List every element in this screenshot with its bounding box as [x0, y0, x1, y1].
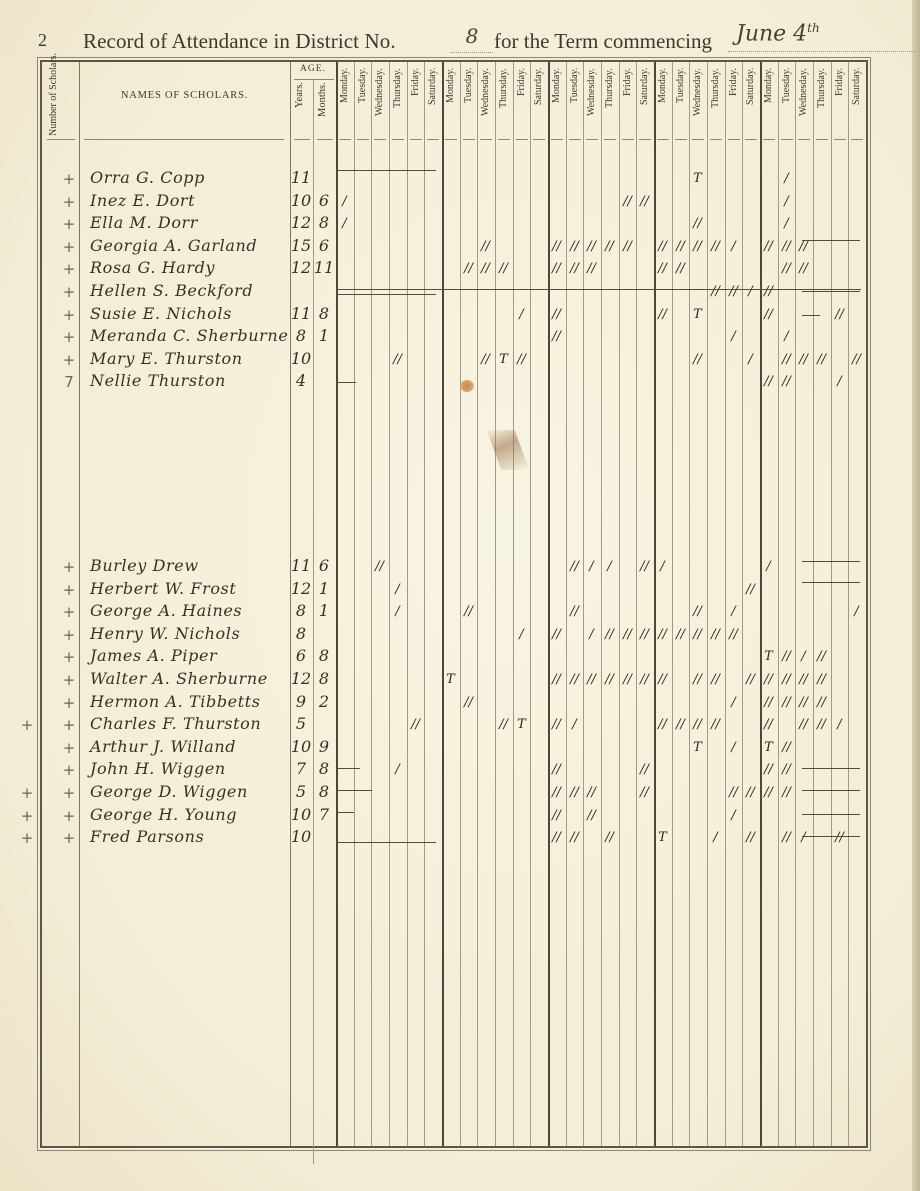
hand-drawn-line: [802, 768, 860, 769]
age-years: 8: [290, 624, 312, 643]
age-months: 9: [313, 737, 335, 756]
absence-mark[interactable]: //: [566, 559, 583, 575]
absence-mark[interactable]: /: [725, 239, 742, 255]
absence-mark[interactable]: //: [601, 672, 618, 688]
age-months: 6: [313, 556, 335, 575]
absence-mark[interactable]: //: [760, 785, 777, 801]
absence-mark[interactable]: //: [619, 194, 636, 210]
absence-mark[interactable]: //: [689, 627, 706, 643]
absence-mark[interactable]: //: [636, 194, 653, 210]
tally-mark: +: [60, 238, 78, 256]
absence-mark[interactable]: /: [336, 216, 353, 232]
absence-mark[interactable]: /: [848, 604, 865, 620]
absence-mark[interactable]: //: [495, 717, 512, 733]
hand-drawn-line: [336, 790, 372, 791]
table-row: +John H. Wiggen78: [42, 759, 866, 781]
tardy-mark[interactable]: T: [442, 672, 459, 688]
absence-mark[interactable]: //: [795, 261, 812, 277]
scholar-name[interactable]: Hermon A. Tibbetts: [90, 692, 295, 711]
header-tick: [763, 139, 775, 140]
age-months: 1: [313, 326, 335, 345]
term-start-field[interactable]: June 4th: [728, 21, 916, 52]
age-years: 12: [290, 258, 312, 277]
day-header-saturday: Saturday.: [742, 68, 759, 136]
absence-mark[interactable]: //: [813, 649, 830, 665]
age-years: 10: [290, 349, 312, 368]
hand-drawn-line: [802, 790, 860, 791]
day-header-friday: Friday.: [407, 68, 424, 136]
absence-mark[interactable]: //: [477, 352, 494, 368]
scholar-name[interactable]: Hellen S. Beckford: [90, 281, 295, 300]
header-tick: [357, 139, 369, 140]
absence-mark[interactable]: //: [566, 785, 583, 801]
absence-mark[interactable]: //: [548, 239, 565, 255]
header-tick: [816, 139, 828, 140]
absence-mark[interactable]: //: [760, 717, 777, 733]
hand-drawn-line: [802, 836, 860, 837]
day-header-saturday: Saturday.: [636, 68, 653, 136]
age-months: 11: [313, 258, 335, 277]
absence-mark[interactable]: //: [742, 830, 759, 846]
table-row: 7Nellie Thurston4: [42, 371, 866, 393]
header-tick: [710, 139, 722, 140]
absence-mark[interactable]: //: [742, 672, 759, 688]
absence-mark[interactable]: /: [760, 559, 777, 575]
header-tick: [533, 139, 545, 140]
absence-mark[interactable]: //: [601, 239, 618, 255]
absence-mark[interactable]: //: [831, 830, 848, 846]
absence-mark[interactable]: //: [636, 672, 653, 688]
absence-mark[interactable]: //: [778, 374, 795, 390]
scholar-name[interactable]: Inez E. Dort: [90, 191, 295, 210]
absence-mark[interactable]: //: [813, 695, 830, 711]
header-tick: [798, 139, 810, 140]
age-months: 8: [313, 304, 335, 323]
absence-mark[interactable]: //: [601, 627, 618, 643]
absence-mark[interactable]: //: [566, 239, 583, 255]
tardy-mark[interactable]: T: [495, 352, 512, 368]
absence-mark[interactable]: //: [654, 307, 671, 323]
header-names-of-scholars: NAMES OF SCHOLARS.: [79, 90, 290, 101]
age-years: 15: [290, 236, 312, 255]
day-header-thursday: Thursday.: [601, 68, 618, 136]
absence-mark[interactable]: //: [742, 785, 759, 801]
absence-mark[interactable]: //: [778, 261, 795, 277]
age-years: 8: [290, 326, 312, 345]
absence-mark[interactable]: //: [566, 604, 583, 620]
tardy-mark[interactable]: T: [654, 830, 671, 846]
tally-mark: +: [60, 761, 78, 779]
tardy-mark[interactable]: T: [689, 171, 706, 187]
ink-stain: [460, 380, 474, 392]
day-header-wednesday: Wednesday.: [583, 68, 600, 136]
page-number: 2: [38, 30, 47, 51]
tardy-mark[interactable]: T: [760, 649, 777, 665]
header-tick: [339, 139, 351, 140]
age-years: 11: [290, 304, 312, 323]
day-header-wednesday: Wednesday.: [371, 68, 388, 136]
absence-mark[interactable]: //: [760, 239, 777, 255]
absence-mark[interactable]: //: [654, 261, 671, 277]
tally-mark: +: [60, 283, 78, 301]
absence-mark[interactable]: //: [742, 582, 759, 598]
tally-mark: +: [60, 306, 78, 324]
absence-mark[interactable]: //: [495, 261, 512, 277]
header-tick: [604, 139, 616, 140]
absence-mark[interactable]: /: [583, 627, 600, 643]
age-years: 7: [290, 759, 312, 778]
day-header-saturday: Saturday.: [530, 68, 547, 136]
absence-mark[interactable]: //: [848, 352, 865, 368]
absence-mark[interactable]: //: [795, 672, 812, 688]
header-tick: [728, 139, 740, 140]
absence-mark[interactable]: //: [566, 672, 583, 688]
table-row: +Ella M. Dorr128: [42, 213, 866, 235]
table-row: +Henry W. Nichols8: [42, 624, 866, 646]
absence-mark[interactable]: //: [672, 627, 689, 643]
tally-mark: +: [60, 170, 78, 188]
absence-mark[interactable]: //: [371, 559, 388, 575]
absence-mark[interactable]: //: [548, 808, 565, 824]
header-years: Years.: [294, 82, 310, 134]
absence-mark[interactable]: //: [548, 672, 565, 688]
day-header-monday: Monday.: [442, 68, 459, 136]
header-tick: [47, 139, 75, 140]
scholar-name[interactable]: James A. Piper: [90, 646, 295, 665]
absence-mark[interactable]: /: [725, 604, 742, 620]
tally-mark: +: [60, 351, 78, 369]
scholar-name[interactable]: Henry W. Nichols: [90, 624, 295, 643]
absence-mark[interactable]: //: [795, 352, 812, 368]
absence-mark[interactable]: /: [778, 216, 795, 232]
age-years: 9: [290, 692, 312, 711]
header-tick: [834, 139, 846, 140]
header-months: Months.: [317, 82, 333, 134]
absence-mark[interactable]: //: [654, 717, 671, 733]
absence-mark[interactable]: /: [389, 604, 406, 620]
age-months: 2: [313, 692, 335, 711]
absence-mark[interactable]: /: [831, 717, 848, 733]
tally-mark: +: [60, 739, 78, 757]
absence-mark[interactable]: //: [654, 627, 671, 643]
day-header-thursday: Thursday.: [707, 68, 724, 136]
absence-mark[interactable]: //: [548, 329, 565, 345]
scholar-name[interactable]: George H. Young: [90, 805, 295, 824]
scholar-name[interactable]: Georgia A. Garland: [90, 236, 295, 255]
absence-mark[interactable]: //: [389, 352, 406, 368]
absence-mark[interactable]: //: [548, 261, 565, 277]
absence-mark[interactable]: /: [566, 717, 583, 733]
header-rule: [294, 79, 334, 80]
absence-mark[interactable]: /: [778, 171, 795, 187]
header-tick: [622, 139, 634, 140]
absence-mark[interactable]: /: [513, 627, 530, 643]
absence-mark[interactable]: //: [795, 695, 812, 711]
header-tick: [745, 139, 757, 140]
scholar-name[interactable]: Arthur J. Willand: [90, 737, 295, 756]
absence-mark[interactable]: //: [760, 307, 777, 323]
scholar-name[interactable]: George A. Haines: [90, 601, 295, 620]
absence-mark[interactable]: /: [725, 808, 742, 824]
day-header-tuesday: Tuesday.: [778, 68, 795, 136]
absence-mark[interactable]: //: [707, 717, 724, 733]
header-tick: [392, 139, 404, 140]
scholar-name[interactable]: Susie E. Nichols: [90, 304, 295, 323]
absence-mark[interactable]: //: [778, 695, 795, 711]
tally-mark: +: [60, 694, 78, 712]
absence-mark[interactable]: //: [707, 284, 724, 300]
header-tick: [692, 139, 704, 140]
absence-mark[interactable]: //: [778, 649, 795, 665]
header-tick: [427, 139, 439, 140]
absence-mark[interactable]: //: [583, 785, 600, 801]
absence-mark[interactable]: /: [831, 374, 848, 390]
absence-mark[interactable]: //: [636, 627, 653, 643]
day-header-thursday: Thursday.: [495, 68, 512, 136]
hand-drawn-line: [802, 561, 860, 562]
absence-mark[interactable]: //: [778, 830, 795, 846]
age-months: 8: [313, 646, 335, 665]
absence-mark[interactable]: //: [583, 261, 600, 277]
header-years-text: Years.: [294, 82, 305, 108]
scholar-name[interactable]: Charles F. Thurston: [90, 714, 295, 733]
absence-mark[interactable]: /: [389, 582, 406, 598]
day-header-tuesday: Tuesday.: [672, 68, 689, 136]
table-row: +Rosa G. Hardy1211: [42, 258, 866, 280]
tally-mark: +: [60, 581, 78, 599]
absence-mark[interactable]: //: [760, 762, 777, 778]
district-number-field[interactable]: 8: [451, 24, 493, 53]
absence-mark[interactable]: /: [778, 194, 795, 210]
absence-mark[interactable]: //: [760, 672, 777, 688]
absence-mark[interactable]: //: [601, 830, 618, 846]
day-header-saturday: Saturday.: [424, 68, 441, 136]
age-years: 6: [290, 646, 312, 665]
age-months: 8: [313, 759, 335, 778]
scholar-name[interactable]: Rosa G. Hardy: [90, 258, 295, 277]
absence-mark[interactable]: //: [672, 261, 689, 277]
absence-mark[interactable]: //: [654, 239, 671, 255]
absence-mark[interactable]: //: [672, 239, 689, 255]
hand-drawn-line: [802, 315, 820, 316]
absence-mark[interactable]: /: [725, 329, 742, 345]
absence-mark[interactable]: //: [548, 762, 565, 778]
absence-mark[interactable]: /: [336, 194, 353, 210]
scholar-name[interactable]: Herbert W. Frost: [90, 579, 295, 598]
scholar-name[interactable]: Mary E. Thurston: [90, 349, 295, 368]
hand-drawn-line: [336, 842, 436, 843]
absence-mark[interactable]: //: [795, 717, 812, 733]
absence-mark[interactable]: //: [548, 627, 565, 643]
day-header-monday: Monday.: [654, 68, 671, 136]
absence-mark[interactable]: //: [460, 695, 477, 711]
age-months: 6: [313, 191, 335, 210]
day-header-tuesday: Tuesday.: [460, 68, 477, 136]
scholar-name[interactable]: George D. Wiggen: [90, 782, 295, 801]
absence-mark[interactable]: //: [672, 717, 689, 733]
tally-mark: +: [60, 648, 78, 666]
absence-mark[interactable]: //: [778, 672, 795, 688]
absence-mark[interactable]: //: [760, 374, 777, 390]
absence-mark[interactable]: //: [548, 785, 565, 801]
header-tick: [445, 139, 457, 140]
table-row: +Orra G. Copp11: [42, 168, 866, 190]
tardy-mark[interactable]: T: [760, 740, 777, 756]
tardy-mark[interactable]: T: [689, 740, 706, 756]
header-tick: [294, 139, 310, 140]
age-years: 5: [290, 714, 312, 733]
scholar-name[interactable]: Ella M. Dorr: [90, 213, 295, 232]
tardy-mark[interactable]: T: [513, 717, 530, 733]
absence-mark[interactable]: //: [778, 239, 795, 255]
absence-mark[interactable]: //: [689, 672, 706, 688]
absence-mark[interactable]: //: [566, 830, 583, 846]
age-months: 8: [313, 782, 335, 801]
hand-drawn-line: [802, 582, 860, 583]
absence-mark[interactable]: //: [407, 717, 424, 733]
absence-mark[interactable]: //: [813, 717, 830, 733]
absence-mark[interactable]: //: [725, 627, 742, 643]
tally-mark: +: [60, 215, 78, 233]
header-tick: [586, 139, 598, 140]
absence-mark[interactable]: /: [513, 307, 530, 323]
absence-mark[interactable]: //: [477, 239, 494, 255]
absence-mark[interactable]: /: [742, 352, 759, 368]
absence-mark[interactable]: //: [778, 762, 795, 778]
absence-mark[interactable]: //: [460, 261, 477, 277]
day-header-wednesday: Wednesday.: [477, 68, 494, 136]
absence-mark[interactable]: //: [689, 352, 706, 368]
header-tick: [410, 139, 422, 140]
absence-mark[interactable]: //: [689, 239, 706, 255]
absence-mark[interactable]: //: [619, 239, 636, 255]
tally-mark-outer: +: [18, 829, 36, 847]
day-header-tuesday: Tuesday.: [566, 68, 583, 136]
absence-mark[interactable]: //: [760, 284, 777, 300]
absence-mark[interactable]: //: [831, 307, 848, 323]
absence-mark[interactable]: /: [389, 762, 406, 778]
scholar-name[interactable]: Meranda C. Sherburne: [90, 326, 295, 345]
absence-mark[interactable]: /: [601, 559, 618, 575]
absence-mark[interactable]: //: [636, 559, 653, 575]
absence-mark[interactable]: /: [725, 695, 742, 711]
tardy-mark[interactable]: T: [689, 307, 706, 323]
header-tick: [569, 139, 581, 140]
absence-mark[interactable]: /: [725, 740, 742, 756]
table-row: +George A. Haines81: [42, 601, 866, 623]
age-months: 8: [313, 213, 335, 232]
absence-mark[interactable]: //: [513, 352, 530, 368]
absence-mark[interactable]: //: [725, 785, 742, 801]
tally-mark: +: [60, 671, 78, 689]
header-tick: [374, 139, 386, 140]
absence-mark[interactable]: //: [636, 762, 653, 778]
age-years: 5: [290, 782, 312, 801]
absence-mark[interactable]: /: [742, 284, 759, 300]
absence-mark[interactable]: //: [707, 627, 724, 643]
absence-mark[interactable]: /: [778, 329, 795, 345]
absence-mark[interactable]: //: [760, 695, 777, 711]
page-header: 2 Record of Attendance in District No. 8…: [38, 24, 868, 58]
tally-mark: 7: [60, 373, 78, 391]
absence-mark[interactable]: //: [689, 216, 706, 232]
hand-drawn-line: [336, 382, 356, 383]
absence-mark[interactable]: //: [795, 239, 812, 255]
absence-mark[interactable]: /: [707, 830, 724, 846]
absence-mark[interactable]: //: [460, 604, 477, 620]
scholar-name[interactable]: Burley Drew: [90, 556, 295, 575]
scholar-name[interactable]: Nellie Thurston: [90, 371, 295, 390]
table-row: +Hermon A. Tibbetts92: [42, 692, 866, 714]
day-header-monday: Monday.: [548, 68, 565, 136]
absence-mark[interactable]: //: [707, 239, 724, 255]
absence-mark[interactable]: //: [548, 830, 565, 846]
absence-mark[interactable]: //: [778, 740, 795, 756]
header-tick: [84, 139, 284, 140]
absence-mark[interactable]: //: [725, 284, 742, 300]
scholar-name[interactable]: John H. Wiggen: [90, 759, 295, 778]
absence-mark[interactable]: //: [619, 627, 636, 643]
day-header-friday: Friday.: [725, 68, 742, 136]
absence-mark[interactable]: //: [778, 352, 795, 368]
absence-mark[interactable]: //: [619, 672, 636, 688]
scholar-name[interactable]: Fred Parsons: [90, 827, 295, 846]
absence-mark[interactable]: //: [813, 672, 830, 688]
absence-mark[interactable]: //: [548, 717, 565, 733]
age-months: 6: [313, 236, 335, 255]
day-header-wednesday: Wednesday.: [689, 68, 706, 136]
table-row: +Meranda C. Sherburne81: [42, 326, 866, 348]
absence-mark[interactable]: //: [689, 604, 706, 620]
absence-mark[interactable]: //: [583, 672, 600, 688]
day-header-monday: Monday.: [760, 68, 777, 136]
absence-mark[interactable]: /: [583, 559, 600, 575]
tally-mark-outer: +: [18, 807, 36, 825]
tally-mark: +: [60, 558, 78, 576]
absence-mark[interactable]: //: [813, 352, 830, 368]
absence-mark[interactable]: //: [548, 307, 565, 323]
absence-mark[interactable]: //: [477, 261, 494, 277]
scholar-name[interactable]: Walter A. Sherburne: [90, 669, 295, 688]
age-years: 12: [290, 213, 312, 232]
absence-mark[interactable]: //: [707, 672, 724, 688]
scholar-name[interactable]: Orra G. Copp: [90, 168, 295, 187]
table-row: +Inez E. Dort106: [42, 191, 866, 213]
absence-mark[interactable]: /: [795, 830, 812, 846]
absence-mark[interactable]: /: [654, 559, 671, 575]
absence-mark[interactable]: //: [636, 785, 653, 801]
absence-mark[interactable]: //: [689, 717, 706, 733]
page-edge: [912, 0, 920, 1191]
day-header-thursday: Thursday.: [389, 68, 406, 136]
tally-mark: +: [60, 260, 78, 278]
header-tick: [781, 139, 793, 140]
tally-mark: +: [60, 328, 78, 346]
absence-mark[interactable]: //: [778, 785, 795, 801]
absence-mark[interactable]: //: [566, 261, 583, 277]
tally-mark: +: [60, 829, 78, 847]
absence-mark[interactable]: //: [654, 672, 671, 688]
absence-mark[interactable]: //: [583, 239, 600, 255]
age-months: 7: [313, 805, 335, 824]
absence-mark[interactable]: /: [795, 649, 812, 665]
title-middle: for the Term commencing: [494, 29, 712, 54]
day-header-wednesday: Wednesday.: [795, 68, 812, 136]
day-header-friday: Friday.: [619, 68, 636, 136]
age-years: 4: [290, 371, 312, 390]
age-years: 10: [290, 191, 312, 210]
absence-mark[interactable]: //: [583, 808, 600, 824]
